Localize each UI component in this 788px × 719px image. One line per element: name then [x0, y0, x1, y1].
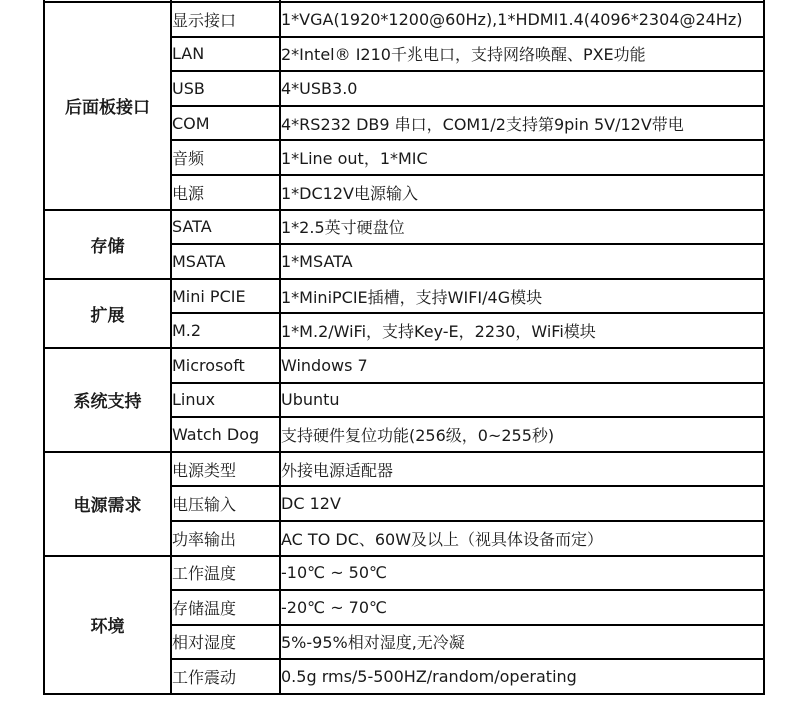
spec-label-cell: 功率输出 — [171, 521, 280, 556]
spec-row: 后面板接口 显示接口 1*VGA(1920*1200@60Hz),1*HDMI1… — [44, 2, 764, 37]
category-cell-environment: 环境 — [44, 556, 171, 694]
spec-value-cell: 5%-95%相对湿度,无冷凝 — [280, 625, 764, 660]
spec-row: 存储 SATA 1*2.5英寸硬盘位 — [44, 210, 764, 245]
spec-row: 扩展 Mini PCIE 1*MiniPCIE插槽，支持WIFI/4G模块 — [44, 279, 764, 314]
spec-label-cell: 音频 — [171, 140, 280, 175]
spec-label-cell: Microsoft — [171, 348, 280, 383]
spec-label-cell: M.2 — [171, 313, 280, 348]
spec-value-cell: 支持硬件复位功能(256级，0~255秒) — [280, 417, 764, 452]
spec-row: 电源需求 电源类型 外接电源适配器 — [44, 452, 764, 487]
spec-label-cell: SATA — [171, 210, 280, 245]
spec-label-cell: Watch Dog — [171, 417, 280, 452]
spec-label-cell: LAN — [171, 37, 280, 72]
spec-value-cell: AC TO DC、60W及以上（视具体设备而定） — [280, 521, 764, 556]
spec-label-cell: 电压输入 — [171, 486, 280, 521]
spec-value-cell: -10℃ ~ 50℃ — [280, 556, 764, 591]
spec-value-cell: 1*MiniPCIE插槽，支持WIFI/4G模块 — [280, 279, 764, 314]
spec-label-cell: 工作温度 — [171, 556, 280, 591]
spec-value-cell: -20℃ ~ 70℃ — [280, 590, 764, 625]
spec-label-cell: 存储温度 — [171, 590, 280, 625]
spec-value-cell: 1*M.2/WiFi，支持Key-E，2230，WiFi模块 — [280, 313, 764, 348]
spec-label-cell: 工作震动 — [171, 659, 280, 694]
spec-value-cell: 外接电源适配器 — [280, 452, 764, 487]
spec-table-wrap: 后面板接口 显示接口 1*VGA(1920*1200@60Hz),1*HDMI1… — [43, 0, 765, 695]
spec-label-cell: 显示接口 — [171, 2, 280, 37]
spec-sheet-page: 后面板接口 显示接口 1*VGA(1920*1200@60Hz),1*HDMI1… — [0, 0, 788, 719]
spec-value-cell: 4*RS232 DB9 串口，COM1/2支持第9pin 5V/12V带电 — [280, 106, 764, 141]
spec-value-cell: 0.5g rms/5-500HZ/random/operating — [280, 659, 764, 694]
spec-value-cell: 1*MSATA — [280, 244, 764, 279]
spec-value-cell: DC 12V — [280, 486, 764, 521]
category-cell-rear-panel: 后面板接口 — [44, 2, 171, 210]
category-cell-power: 电源需求 — [44, 452, 171, 556]
spec-row: 环境 工作温度 -10℃ ~ 50℃ — [44, 556, 764, 591]
category-cell-os-support: 系统支持 — [44, 348, 171, 452]
spec-label-cell: COM — [171, 106, 280, 141]
spec-label-cell: Mini PCIE — [171, 279, 280, 314]
category-cell-storage: 存储 — [44, 210, 171, 279]
spec-label-cell: Linux — [171, 383, 280, 418]
spec-value-cell: 1*VGA(1920*1200@60Hz),1*HDMI1.4(4096*230… — [280, 2, 764, 37]
spec-row: 系统支持 Microsoft Windows 7 — [44, 348, 764, 383]
spec-table: 后面板接口 显示接口 1*VGA(1920*1200@60Hz),1*HDMI1… — [43, 0, 765, 695]
spec-value-cell: Ubuntu — [280, 383, 764, 418]
spec-label-cell: 电源类型 — [171, 452, 280, 487]
spec-value-cell: 1*2.5英寸硬盘位 — [280, 210, 764, 245]
spec-label-cell: MSATA — [171, 244, 280, 279]
spec-label-cell: 电源 — [171, 175, 280, 210]
spec-value-cell: 1*DC12V电源输入 — [280, 175, 764, 210]
spec-label-cell: USB — [171, 71, 280, 106]
spec-value-cell: 1*Line out，1*MIC — [280, 140, 764, 175]
category-cell-expansion: 扩展 — [44, 279, 171, 348]
spec-value-cell: 4*USB3.0 — [280, 71, 764, 106]
spec-value-cell: Windows 7 — [280, 348, 764, 383]
spec-value-cell: 2*Intel® I210千兆电口，支持网络唤醒、PXE功能 — [280, 37, 764, 72]
spec-label-cell: 相对湿度 — [171, 625, 280, 660]
